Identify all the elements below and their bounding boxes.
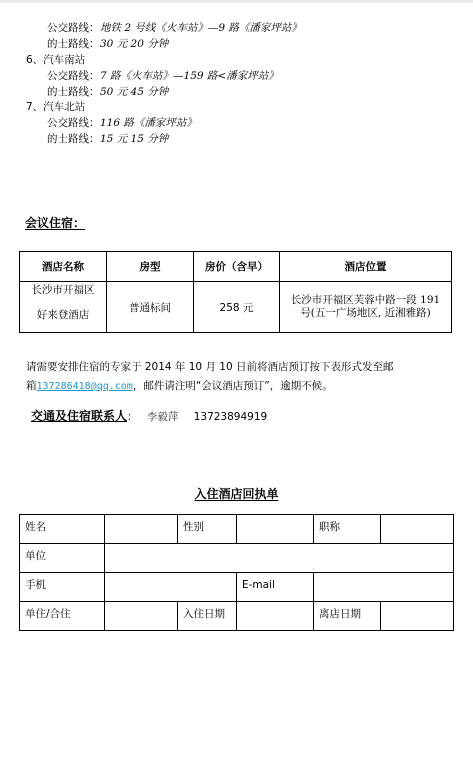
hotel-table: 酒店名称 房型 房价（含早） 酒店位置 长沙市开福区 好来登酒店 普通标间 25… xyxy=(19,251,452,333)
hotel-table-header: 酒店名称 房型 房价（含早） 酒店位置 xyxy=(20,252,452,282)
checkout-date-field[interactable] xyxy=(381,602,454,631)
station-7-taxi-route: 的士路线： 15 元 15 分钟 xyxy=(0,131,473,147)
station-6-title: 6、汽车南站 xyxy=(26,52,85,68)
checkin-date-field[interactable] xyxy=(237,602,314,631)
taxi-route-label: 的士路线： xyxy=(47,131,100,147)
bus-route-value: 7 路《火车站》—159 路<潘家坪站》 xyxy=(100,68,279,84)
taxi-route-value: 50 元 45 分钟 xyxy=(100,84,168,100)
contact-name: 李毅萍 xyxy=(147,411,179,423)
booking-notice-line-1: 请需要安排住宿的专家于 2014 年 10 月 10 日前将酒店预订按下表形式发… xyxy=(26,359,393,375)
email-field[interactable] xyxy=(314,573,454,602)
station-5-taxi-route: 的士路线： 30 元 20 分钟 xyxy=(0,36,473,52)
taxi-route-value: 15 元 15 分钟 xyxy=(100,131,168,147)
unit-label: 单位 xyxy=(20,544,105,573)
header-hotel-name: 酒店名称 xyxy=(20,252,107,282)
top-edge-bar xyxy=(0,0,473,3)
contact-colon: ： xyxy=(127,411,138,423)
location-line-2: 号(五一广场地区, 近湘雅路) xyxy=(280,307,451,320)
taxi-route-value: 30 元 20 分钟 xyxy=(100,36,168,52)
job-title-field[interactable] xyxy=(381,515,454,544)
table-row: 单位 xyxy=(20,544,454,573)
table-row: 长沙市开福区 好来登酒店 普通标间 258 元 长沙市开福区芙蓉中路一段 191… xyxy=(20,282,452,333)
location-line-1: 长沙市开福区芙蓉中路一段 191 xyxy=(280,294,451,307)
room-share-label: 单住/合住 xyxy=(20,602,105,631)
gender-label: 性别 xyxy=(178,515,237,544)
receipt-form-title-text: 入住酒店回执单 xyxy=(194,487,278,501)
contact-line: 交通及住宿联系人： 李毅萍 13723894919 xyxy=(31,408,267,425)
bus-route-value: 地铁 2 号线《火车站》—9 路《潘家坪站》 xyxy=(100,20,302,36)
station-5-bus-route: 公交路线： 地铁 2 号线《火车站》—9 路《潘家坪站》 xyxy=(0,20,473,36)
notice-prefix: 箱 xyxy=(26,380,37,392)
station-7-title: 7、汽车北站 xyxy=(26,99,85,115)
contact-phone: 13723894919 xyxy=(194,411,268,423)
header-hotel-location: 酒店位置 xyxy=(280,252,452,282)
receipt-form-table: 姓名 性别 职称 单位 手机 E-mail 单住/合住 入住日期 离店日期 xyxy=(19,514,454,631)
hotel-name: 好来登酒店 xyxy=(20,309,106,322)
table-row: 姓名 性别 职称 xyxy=(20,515,454,544)
unit-field[interactable] xyxy=(105,544,454,573)
checkout-date-label: 离店日期 xyxy=(314,602,381,631)
email-link[interactable]: 137286418@qq.com xyxy=(37,381,133,392)
header-room-price: 房价（含早） xyxy=(194,252,280,282)
hotel-district: 长沙市开福区 xyxy=(20,284,106,297)
mobile-field[interactable] xyxy=(105,573,237,602)
mobile-label: 手机 xyxy=(20,573,105,602)
email-label: E-mail xyxy=(237,573,314,602)
station-6-taxi-route: 的士路线： 50 元 45 分钟 xyxy=(0,84,473,100)
station-7-bus-route: 公交路线： 116 路《潘家坪站》 xyxy=(0,115,473,131)
job-title-label: 职称 xyxy=(314,515,381,544)
accommodation-heading: 会议住宿： xyxy=(25,215,85,231)
taxi-route-label: 的士路线： xyxy=(47,84,100,100)
room-type-cell: 普通标间 xyxy=(107,282,194,333)
receipt-form-title: 入住酒店回执单 xyxy=(0,486,473,502)
hotel-location-cell: 长沙市开福区芙蓉中路一段 191 号(五一广场地区, 近湘雅路) xyxy=(280,282,452,333)
table-row: 单住/合住 入住日期 离店日期 xyxy=(20,602,454,631)
contact-label: 交通及住宿联系人 xyxy=(31,409,127,423)
notice-suffix: ，邮件请注明“会议酒店预订”，逾期不候。 xyxy=(133,380,333,392)
checkin-date-label: 入住日期 xyxy=(178,602,237,631)
bus-route-value: 116 路《潘家坪站》 xyxy=(100,115,197,131)
bus-route-label: 公交路线： xyxy=(47,115,100,131)
taxi-route-label: 的士路线： xyxy=(47,36,100,52)
header-room-type: 房型 xyxy=(107,252,194,282)
room-price-cell: 258 元 xyxy=(194,282,280,333)
name-field[interactable] xyxy=(105,515,178,544)
booking-notice-line-2: 箱137286418@qq.com，邮件请注明“会议酒店预订”，逾期不候。 xyxy=(26,378,333,395)
gender-field[interactable] xyxy=(237,515,314,544)
name-label: 姓名 xyxy=(20,515,105,544)
station-6-bus-route: 公交路线： 7 路《火车站》—159 路<潘家坪站》 xyxy=(0,68,473,84)
room-share-field[interactable] xyxy=(105,602,178,631)
hotel-name-cell: 长沙市开福区 好来登酒店 xyxy=(20,282,107,333)
bus-route-label: 公交路线： xyxy=(47,68,100,84)
bus-route-label: 公交路线： xyxy=(47,20,100,36)
table-row: 手机 E-mail xyxy=(20,573,454,602)
